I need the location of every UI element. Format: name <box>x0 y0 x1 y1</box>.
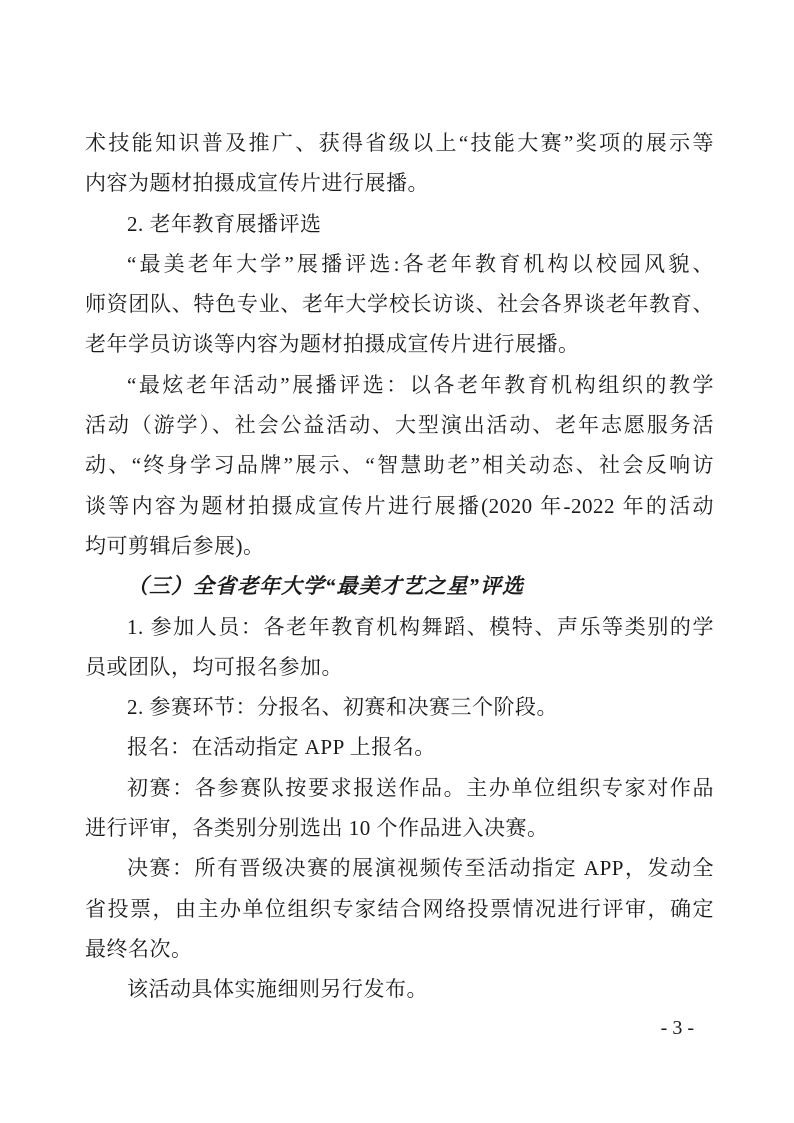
list-item-heading: 2. 参赛环节：分报名、初赛和决赛三个阶段。 <box>85 687 714 727</box>
text-line: 1. 参加人员：各老年教育机构舞蹈、模特、声乐等类别的学 <box>85 607 714 647</box>
text-line: 进行评审，各类别分别选出 10 个作品进入决赛。 <box>85 808 714 848</box>
text-line: 该活动具体实施细则另行发布。 <box>85 969 714 1009</box>
text-line: “最炫老年活动”展播评选：以各老年教育机构组织的教学 <box>85 365 714 405</box>
text-line: 师资团队、特色专业、老年大学校长访谈、社会各界谈老年教育、 <box>85 284 714 324</box>
text-line: 活动（游学）、社会公益活动、大型演出活动、老年志愿服务活 <box>85 405 714 445</box>
text-line: 动、“终身学习品牌”展示、“智慧助老”相关动态、社会反响访 <box>85 445 714 485</box>
text-line: 均可剪辑后参展)。 <box>85 526 714 566</box>
text-line: 内容为题材拍摄成宣传片进行展播。 <box>85 163 714 203</box>
text-line: 术技能知识普及推广、获得省级以上“技能大赛”奖项的展示等 <box>85 123 714 163</box>
document-body: 术技能知识普及推广、获得省级以上“技能大赛”奖项的展示等 内容为题材拍摄成宣传片… <box>85 123 714 1010</box>
text-line: 决赛：所有晋级决赛的展演视频传至活动指定 APP，发动全 <box>85 848 714 888</box>
list-item-heading: 2. 老年教育展播评选 <box>85 204 714 244</box>
text-line: 员或团队，均可报名参加。 <box>85 647 714 687</box>
text-line: 谈等内容为题材拍摄成宣传片进行展播(2020 年-2022 年的活动 <box>85 486 714 526</box>
text-line: 最终名次。 <box>85 929 714 969</box>
text-line: 初赛：各参赛队按要求报送作品。主办单位组织专家对作品 <box>85 768 714 808</box>
text-line: 报名：在活动指定 APP 上报名。 <box>85 727 714 767</box>
text-line: 省投票，由主办单位组织专家结合网络投票情况进行评审，确定 <box>85 889 714 929</box>
document-page: 术技能知识普及推广、获得省级以上“技能大赛”奖项的展示等 内容为题材拍摄成宣传片… <box>0 0 794 1123</box>
page-number: - 3 - <box>85 1016 714 1040</box>
section-heading: （三）全省老年大学“最美才艺之星”评选 <box>85 566 714 606</box>
text-line: 老年学员访谈等内容为题材拍摄成宣传片进行展播。 <box>85 324 714 364</box>
text-line: “最美老年大学”展播评选:各老年教育机构以校园风貌、 <box>85 244 714 284</box>
